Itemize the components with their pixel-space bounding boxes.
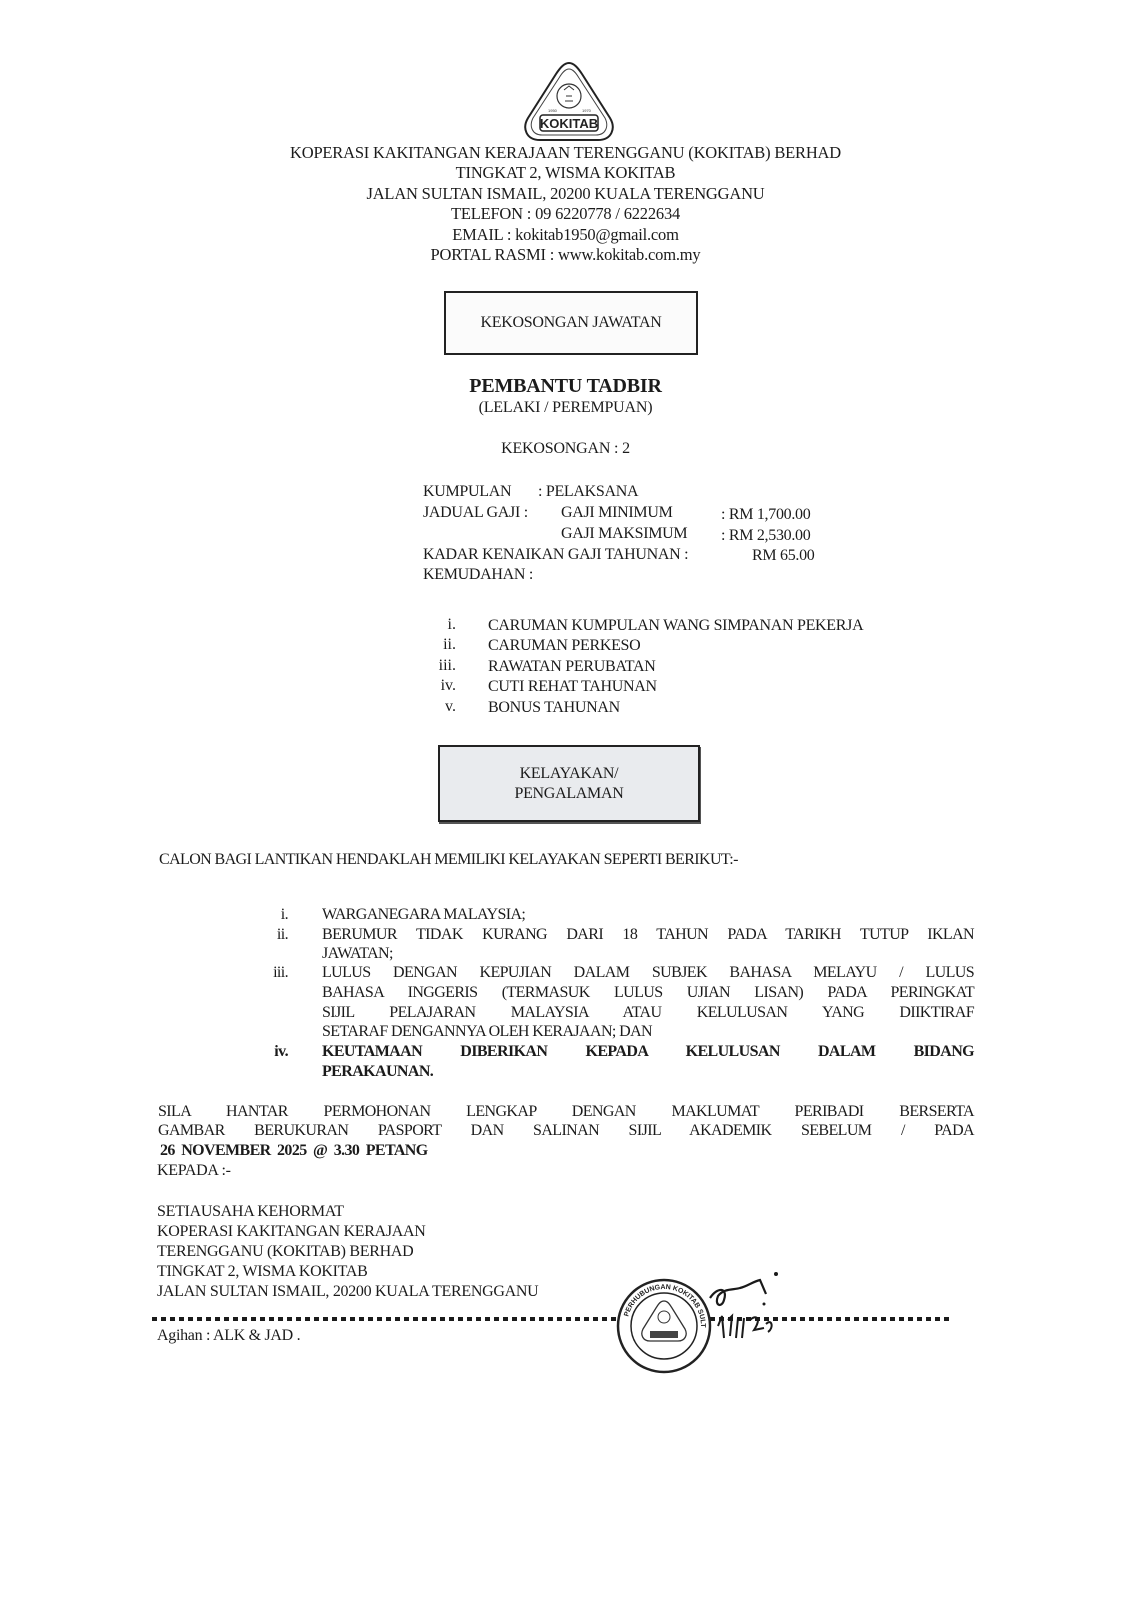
signature-icon xyxy=(700,1268,810,1368)
qualifications-intro: CALON BAGI LANTIKAN HENDAKLAH MEMILIKI K… xyxy=(159,851,859,869)
submission-to: KEPADA :- xyxy=(157,1162,231,1180)
recipient-line: TERENGGANU (KOKITAB) BERHAD xyxy=(157,1243,413,1261)
qualification-heading-box: KELAYAKAN/ PENGALAMAN xyxy=(438,745,700,822)
gaji-maksimum-label: GAJI MAKSIMUM xyxy=(561,525,687,543)
kumpulan-value: : PELAKSANA xyxy=(538,483,638,501)
svg-text:1970: 1970 xyxy=(582,108,592,113)
vacancy-heading: KEKOSONGAN JAWATAN xyxy=(481,314,662,332)
jadual-gaji-label: JADUAL GAJI : xyxy=(423,504,528,522)
email: EMAIL : kokitab1950@gmail.com xyxy=(0,225,1131,245)
position-title: PEMBANTU TADBIR xyxy=(0,375,1131,398)
recipient-line: SETIAUSAHA KEHORMAT xyxy=(157,1203,344,1221)
official-stamp-icon: PERHUBUNGAN KOKITAB SULTAN xyxy=(615,1277,713,1375)
gaji-minimum-label: GAJI MINIMUM xyxy=(561,504,673,522)
position-gender: (LELAKI / PEREMPUAN) xyxy=(0,399,1131,417)
qualification-heading-line2: PENGALAMAN xyxy=(514,784,623,804)
org-name: KOPERASI KAKITANGAN KERAJAAN TERENGGANU … xyxy=(0,143,1131,163)
kenaikan-value: RM 65.00 xyxy=(752,547,815,565)
kokitab-logo-icon: 1950 1970 KOKITAB xyxy=(520,60,618,144)
recipient-line: TINGKAT 2, WISMA KOKITAB xyxy=(157,1263,367,1281)
recipient-line: KOPERASI KAKITANGAN KERAJAAN xyxy=(157,1223,426,1241)
kemudahan-label: KEMUDAHAN : xyxy=(423,566,533,584)
distribution: Agihan : ALK & JAD . xyxy=(157,1327,300,1345)
submission-line-2: GAMBAR BERUKURAN PASPORT DAN SALINAN SIJ… xyxy=(158,1122,974,1140)
address-line-1: TINGKAT 2, WISMA KOKITAB xyxy=(0,163,1131,183)
submission-line-1: SILA HANTAR PERMOHONAN LENGKAP DENGAN MA… xyxy=(158,1103,974,1121)
vacancy-count: KEKOSONGAN : 2 xyxy=(0,440,1131,458)
gaji-minimum-value: : RM 1,700.00 xyxy=(721,506,810,524)
qualification-heading-line1: KELAYAKAN/ xyxy=(520,764,619,784)
telephone: TELEFON : 09 6220778 / 6222634 xyxy=(0,204,1131,224)
svg-text:1950: 1950 xyxy=(548,108,558,113)
address-line-2: JALAN SULTAN ISMAIL, 20200 KUALA TERENGG… xyxy=(0,184,1131,204)
recipient-line: JALAN SULTAN ISMAIL, 20200 KUALA TERENGG… xyxy=(157,1283,538,1301)
svg-text:KOKITAB: KOKITAB xyxy=(540,116,598,131)
kenaikan-label: KADAR KENAIKAN GAJI TAHUNAN : xyxy=(423,546,688,564)
dotted-divider xyxy=(152,1317,952,1321)
kumpulan-label: KUMPULAN xyxy=(423,483,511,501)
submission-deadline: 26 NOVEMBER 2025 @ 3.30 PETANG xyxy=(160,1142,428,1160)
gaji-maksimum-value: : RM 2,530.00 xyxy=(721,527,810,545)
vacancy-heading-box: KEKOSONGAN JAWATAN xyxy=(444,291,698,355)
portal: PORTAL RASMI : www.kokitab.com.my xyxy=(0,245,1131,265)
